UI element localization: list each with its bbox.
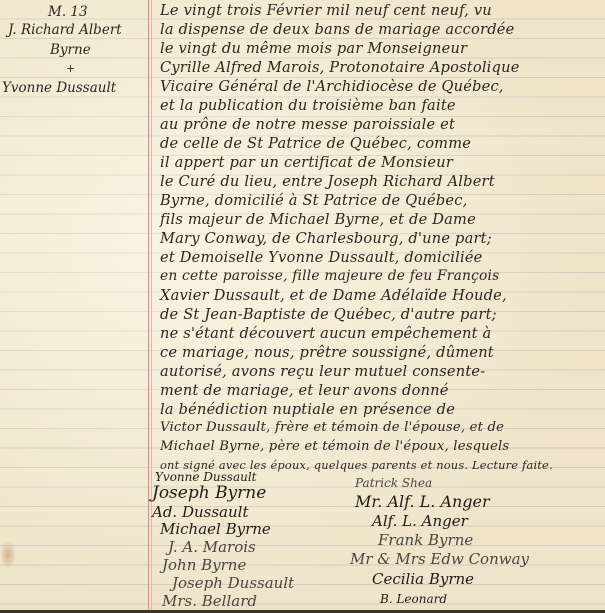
body-line: Vicaire Général de l'Archidiocèse de Qué…	[160, 78, 504, 95]
body-line: il appert par un certificat de Monsieur	[160, 154, 453, 171]
margin-rule-secondary	[151, 0, 152, 613]
body-line: la dispense de deux bans de mariage acco…	[160, 21, 514, 38]
signature: Alf. L. Anger	[372, 512, 468, 530]
signature: B. Leonard	[380, 592, 447, 606]
signature: Joseph Dussault	[172, 574, 294, 592]
signature: John Byrne	[162, 556, 246, 574]
body-line: de St Jean-Baptiste de Québec, d'autre p…	[160, 306, 497, 323]
body-line: au prône de notre messe paroissiale et	[160, 116, 455, 133]
body-line: et Demoiselle Yvonne Dussault, domicilié…	[160, 249, 483, 266]
body-line: ce mariage, nous, prêtre soussigné, dûme…	[160, 344, 494, 361]
signature: Ad. Dussault	[152, 503, 248, 521]
signature: J. A. Marois	[168, 538, 256, 556]
body-line: le vingt du même mois par Monseigneur	[160, 40, 467, 57]
body-line: le Curé du lieu, entre Joseph Richard Al…	[160, 173, 495, 190]
body-line: fils majeur de Michael Byrne, et de Dame	[160, 211, 476, 228]
body-line: Byrne, domicilié à St Patrice de Québec,	[160, 192, 467, 209]
body-line: Xavier Dussault, et de Dame Adélaïde Hou…	[160, 287, 507, 304]
body-line: et la publication du troisième ban faite	[160, 97, 456, 114]
body-line: la bénédiction nuptiale en présence de	[160, 401, 455, 418]
signature: Mr & Mrs Edw Conway	[350, 550, 529, 568]
body-line: de celle de St Patrice de Québec, comme	[160, 135, 471, 152]
body-line: Michael Byrne, père et témoin de l'époux…	[160, 439, 509, 454]
entry-number: M. 13	[48, 4, 88, 20]
conjunction: +	[66, 62, 75, 75]
signature: Mrs. Bellard	[162, 592, 257, 610]
signature: Mr. Alf. L. Anger	[355, 492, 490, 511]
body-line: autorisé, avons reçu leur mutuel consent…	[160, 363, 485, 380]
signature: Frank Byrne	[378, 531, 473, 549]
groom-name-line1: J. Richard Albert	[8, 22, 122, 38]
signature: Joseph Byrne	[152, 483, 266, 503]
body-line: Mary Conway, de Charlesbourg, d'une part…	[160, 230, 492, 247]
groom-name-line2: Byrne	[50, 42, 91, 58]
bride-name: Yvonne Dussault	[2, 80, 116, 96]
body-line: Le vingt trois Février mil neuf cent neu…	[160, 2, 492, 19]
body-line: ne s'étant découvert aucun empêchement à	[160, 325, 491, 342]
body-line: Cyrille Alfred Marois, Protonotaire Apos…	[160, 59, 520, 76]
register-page: M. 13 J. Richard Albert Byrne + Yvonne D…	[0, 0, 605, 613]
margin-rule	[148, 0, 149, 613]
body-line: Victor Dussault, frère et témoin de l'ép…	[160, 420, 504, 435]
body-line: ment de mariage, et leur avons donné	[160, 382, 449, 399]
paper-stain	[0, 540, 16, 570]
signature: Cecilia Byrne	[372, 570, 474, 588]
body-line: en cette paroisse, fille majeure de feu …	[160, 268, 499, 284]
signature: Patrick Shea	[355, 476, 432, 490]
signature: Yvonne Dussault	[155, 470, 257, 484]
signature: Michael Byrne	[160, 520, 271, 538]
